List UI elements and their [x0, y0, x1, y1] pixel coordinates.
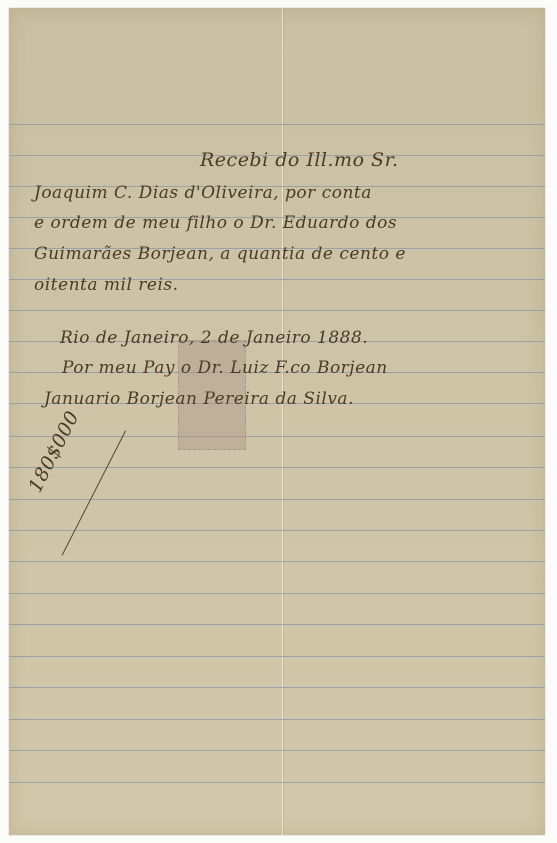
receipt-line-5: oitenta mil reis.: [34, 275, 179, 295]
ruled-line: [9, 782, 545, 783]
signature-name: Januario Borjean Pereira da Silva.: [44, 389, 354, 409]
ruled-line: [9, 124, 545, 125]
ruled-line: [9, 687, 545, 688]
ruled-line: [9, 467, 545, 468]
receipt-line-2: Joaquim C. Dias d'Oliveira, por conta: [34, 183, 372, 203]
date-line: Rio de Janeiro, 2 de Janeiro 1888.: [60, 328, 368, 348]
fold-crease-shadow: [283, 8, 284, 835]
ruled-line: [9, 530, 545, 531]
receipt-line-4: Guimarães Borjean, a quantia de cento e: [34, 244, 406, 264]
ruled-line: [9, 624, 545, 625]
receipt-line-3: e ordem de meu filho o Dr. Eduardo dos: [34, 213, 397, 233]
ruled-line: [9, 310, 545, 311]
ruled-line: [9, 436, 545, 437]
ruled-line: [9, 561, 545, 562]
ruled-line: [9, 593, 545, 594]
ruled-line: [9, 719, 545, 720]
paper-sheet: [9, 8, 545, 835]
receipt-line-1: Recebi do Ill.mo Sr.: [200, 149, 399, 171]
ruled-line: [9, 656, 545, 657]
ruled-line: [9, 750, 545, 751]
signature-on-behalf: Por meu Pay o Dr. Luiz F.co Borjean: [62, 358, 388, 378]
